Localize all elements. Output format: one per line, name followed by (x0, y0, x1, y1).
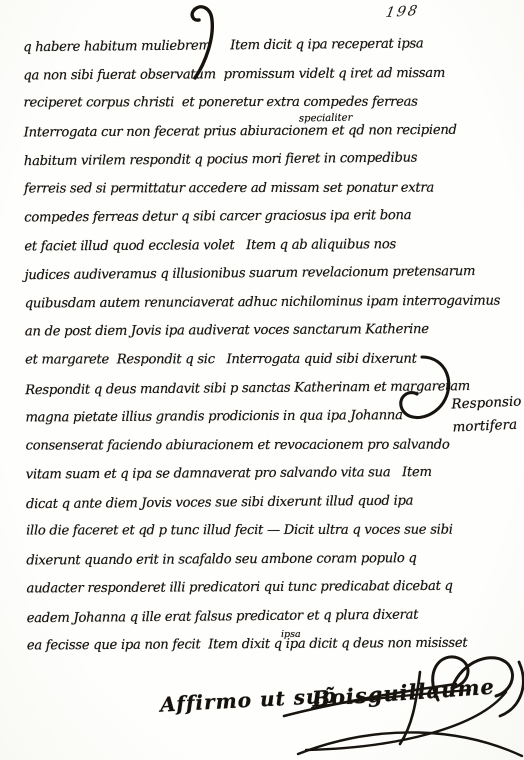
manuscript-line: audacter responderet illi predicatori qu… (26, 573, 496, 604)
manuscript-line: compedes ferreas detur q sibi carcer gra… (24, 202, 494, 233)
manuscript-line: et faciet illud quod ecclesia volet Item… (24, 230, 494, 261)
manuscript-line: dixerunt quando erit in scafaldo seu amb… (26, 544, 496, 575)
manuscript-line: dicat q ante diem Jovis voces sue sibi d… (26, 487, 496, 520)
manuscript-line: magna pietate illius grandis prodicionis… (25, 402, 495, 433)
manuscript-line: q habere habitum muliebrem Item dicit q … (23, 30, 493, 63)
manuscript-line: eadem Johanna q ille erat falsus predica… (27, 601, 497, 634)
manuscript-line: qa non sibi fuerat observatum promissum … (23, 59, 493, 90)
manuscript-line: consenserat faciendo abiuracionem et rev… (26, 431, 496, 461)
margin-note-line: mortifera (452, 413, 523, 439)
manuscript-line: judices audiveramus q illusionibus suaru… (24, 258, 494, 291)
interlinear-insertion: specialiter (299, 113, 353, 125)
manuscript-line: et margarete Respondit q sic Interrogata… (25, 345, 495, 375)
manuscript-line: ea fecisse que ipa non fecit Item dixit … (27, 630, 497, 661)
interlinear-insertion: ipsa (281, 629, 301, 640)
manuscript-line: habitum virilem respondit q pocius mori … (24, 144, 494, 177)
manuscript-line: reciperet corpus christi et poneretur ex… (23, 89, 493, 119)
manuscript-line: an de post diem Jovis ipa audiverat voce… (25, 316, 495, 347)
page-number: 198 (384, 3, 420, 21)
manuscript-line: quibusdam autem renunciaverat adhuc nich… (25, 287, 495, 318)
margin-note-line: Responsio (451, 390, 522, 416)
manuscript-text-block: q habere habitum muliebrem Item dicit q … (23, 31, 497, 662)
manuscript-line: ferreis sed si permittatur accedere ad m… (24, 174, 494, 204)
manuscript-page: 198 q habere habitum muliebrem Item dici… (0, 0, 524, 760)
manuscript-line: vitam suam et q ipa se damnaverat pro sa… (26, 459, 496, 490)
manuscript-line: Respondit q deus mandavit sibi p sanctas… (25, 372, 495, 405)
margin-note-responsio-mortifera: Responsio mortifera (451, 390, 523, 439)
manuscript-line: Interrogata cur non fecerat prius abiura… (24, 116, 494, 147)
manuscript-line: illo die faceret et qd p tunc illud feci… (26, 517, 496, 547)
signature-left-affirmo: Affirmo ut sup̃ (159, 683, 337, 716)
signature-right-notary: Boisguillaume (311, 674, 495, 712)
